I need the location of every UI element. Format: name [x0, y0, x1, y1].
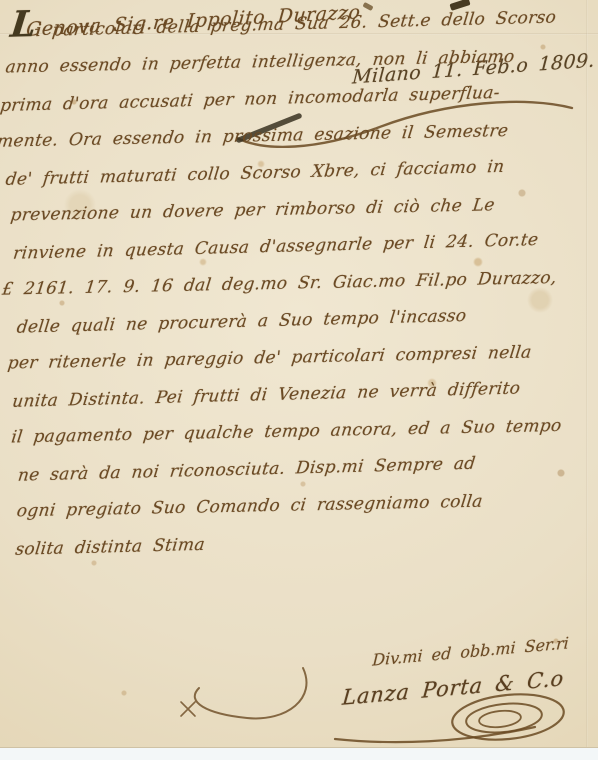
paper-sheet: Genova Sig.re Ippolito Durazzo Milano 11…: [0, 0, 598, 748]
letter-body: Li particolari della preg.ma Sua 26. Set…: [0, 0, 546, 568]
valediction-flourish: [165, 660, 315, 732]
scan-background: [0, 748, 598, 760]
signature: Lanza Porta & C.o: [341, 666, 565, 710]
letter-scan: Genova Sig.re Ippolito Durazzo Milano 11…: [0, 0, 598, 760]
closing-line: Div.mi ed obb.mi Ser.ri: [372, 633, 569, 669]
